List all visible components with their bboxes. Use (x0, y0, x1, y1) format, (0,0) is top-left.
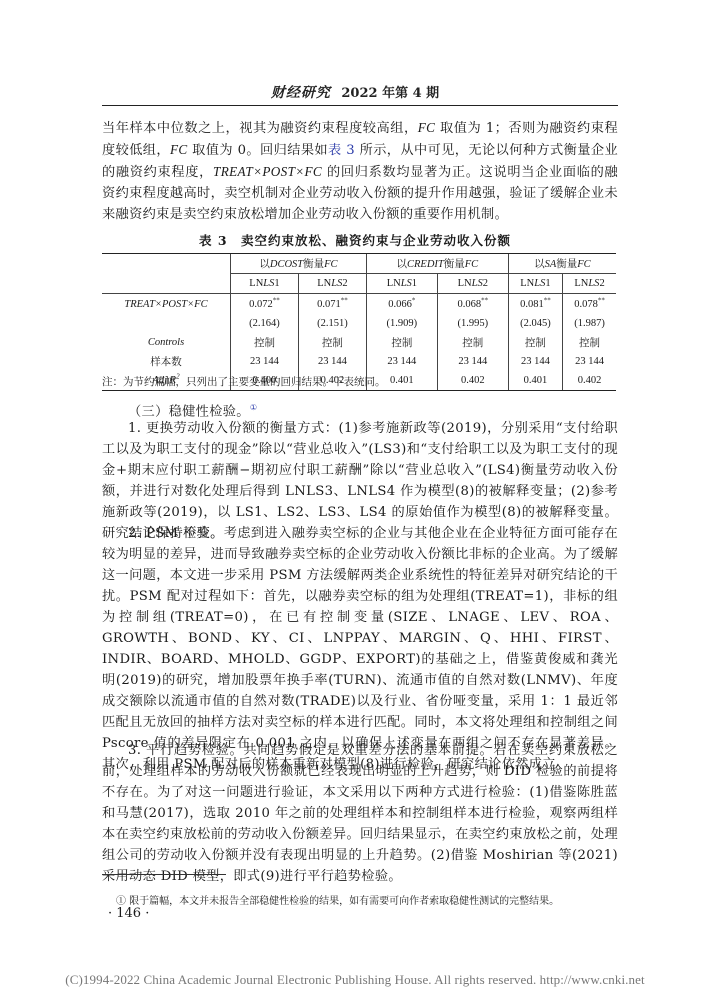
coef-cell: 0.071** (298, 294, 366, 315)
r2-cell: 0.402 (563, 371, 616, 391)
journal-name: 财经研究 (271, 85, 331, 101)
row-label (102, 314, 231, 333)
controls-cell: 控制 (366, 333, 437, 352)
tstat-cell: (2.151) (298, 314, 366, 333)
n-cell: 23 144 (298, 352, 366, 371)
subcol-header: LNLS2 (563, 274, 616, 294)
r2-cell: 0.401 (508, 371, 562, 391)
paragraph-text: 2. PSM 检验。考虑到进入融券卖空标的企业与其他企业在企业特征方面可能存在较… (102, 526, 618, 772)
table-row-coefficient: TREAT×POST×FC 0.072** 0.071** 0.066* 0.0… (102, 294, 616, 315)
coef-cell: 0.081** (508, 294, 562, 315)
row-label: TREAT×POST×FC (102, 294, 231, 315)
paragraph-parallel-trend: 3. 平行趋势检验。共同趋势假定是双重差分法的基本前提。若在卖空约束放松之前，处… (102, 740, 618, 887)
n-cell: 23 144 (366, 352, 437, 371)
row-label: Controls (102, 333, 231, 352)
tstat-cell: (2.045) (508, 314, 562, 333)
table-row-controls: Controls 控制 控制 控制 控制 控制 控制 (102, 333, 616, 352)
header-rule (102, 105, 618, 106)
coef-cell: 0.078** (563, 294, 616, 315)
coef-cell: 0.068** (437, 294, 508, 315)
tstat-cell: (1.909) (366, 314, 437, 333)
paragraph-text: 3. 平行趋势检验。共同趋势假定是双重差分法的基本前提。若在卖空约束放松之前，处… (102, 743, 618, 884)
table-group-header-row: 以DCOST衡量FC 以CREDIT衡量FC 以SA衡量FC (102, 254, 616, 274)
var-fc: FC (418, 120, 436, 135)
table-corner-cell (102, 274, 231, 294)
table-title: 表 3 卖空约束放松、融资约束与企业劳动收入份额 (0, 231, 710, 249)
group-header-credit: 以CREDIT衡量FC (366, 254, 508, 274)
paragraph-psm: 2. PSM 检验。考虑到进入融券卖空标的企业与其他企业在企业特征方面可能存在较… (102, 523, 618, 775)
subcol-header: LNLS2 (298, 274, 366, 294)
intro-text: 取值为 0。回归结果如 (188, 143, 328, 158)
subcol-header: LNLS1 (366, 274, 437, 294)
copyright-notice: (C)1994-2022 China Academic Journal Elec… (0, 972, 710, 988)
footnote: ① 限于篇幅，本文并未报告全部稳健性检验的结果，如有需要可向作者索取稳健性测试的… (116, 892, 559, 907)
row-label: 样本数 (102, 352, 231, 371)
table-subheader-row: LNLS1 LNLS2 LNLS1 LNLS2 LNLS1 LNLS2 (102, 274, 616, 294)
footnote-rule (102, 874, 226, 875)
coef-cell: 0.066* (366, 294, 437, 315)
table-row-tstat: (2.164) (2.151) (1.909) (1.995) (2.045) … (102, 314, 616, 333)
controls-cell: 控制 (508, 333, 562, 352)
regression-table: 以DCOST衡量FC 以CREDIT衡量FC 以SA衡量FC LNLS1 LNL… (102, 253, 616, 391)
n-cell: 23 144 (563, 352, 616, 371)
table-row-sample-size: 样本数 23 144 23 144 23 144 23 144 23 144 2… (102, 352, 616, 371)
n-cell: 23 144 (437, 352, 508, 371)
n-cell: 23 144 (508, 352, 562, 371)
intro-paragraph: 当年样本中位数之上，视其为融资约束程度较高组，FC 取值为 1；否则为融资约束程… (102, 117, 618, 225)
running-header: 财经研究 2022 年第 4 期 (0, 82, 710, 102)
controls-cell: 控制 (298, 333, 366, 352)
page-number: · 146 · (108, 906, 149, 921)
controls-cell: 控制 (437, 333, 508, 352)
table-corner-cell (102, 254, 231, 274)
tstat-cell: (1.995) (437, 314, 508, 333)
intro-text: 当年样本中位数之上，视其为融资约束程度较高组， (102, 121, 418, 136)
group-header-dcost: 以DCOST衡量FC (231, 254, 367, 274)
var-treat-post-fc: TREAT×POST×FC (213, 164, 322, 179)
subcol-header: LNLS1 (231, 274, 299, 294)
r2-cell: 0.402 (437, 371, 508, 391)
footnote-marker[interactable]: ① (250, 403, 258, 412)
subcol-header: LNLS2 (437, 274, 508, 294)
controls-cell: 控制 (231, 333, 299, 352)
tstat-cell: (2.164) (231, 314, 299, 333)
tstat-cell: (1.987) (563, 314, 616, 333)
n-cell: 23 144 (231, 352, 299, 371)
group-header-sa: 以SA衡量FC (508, 254, 616, 274)
journal-issue: 2022 年第 4 期 (341, 86, 439, 101)
table-note: 注：为节约篇幅，只列出了主要变量的回归结果。下表统同。 (102, 374, 386, 389)
table-3-link[interactable]: 表 3 (328, 143, 355, 158)
controls-cell: 控制 (563, 333, 616, 352)
coef-cell: 0.072** (231, 294, 299, 315)
var-fc: FC (170, 142, 188, 157)
subcol-header: LNLS1 (508, 274, 562, 294)
